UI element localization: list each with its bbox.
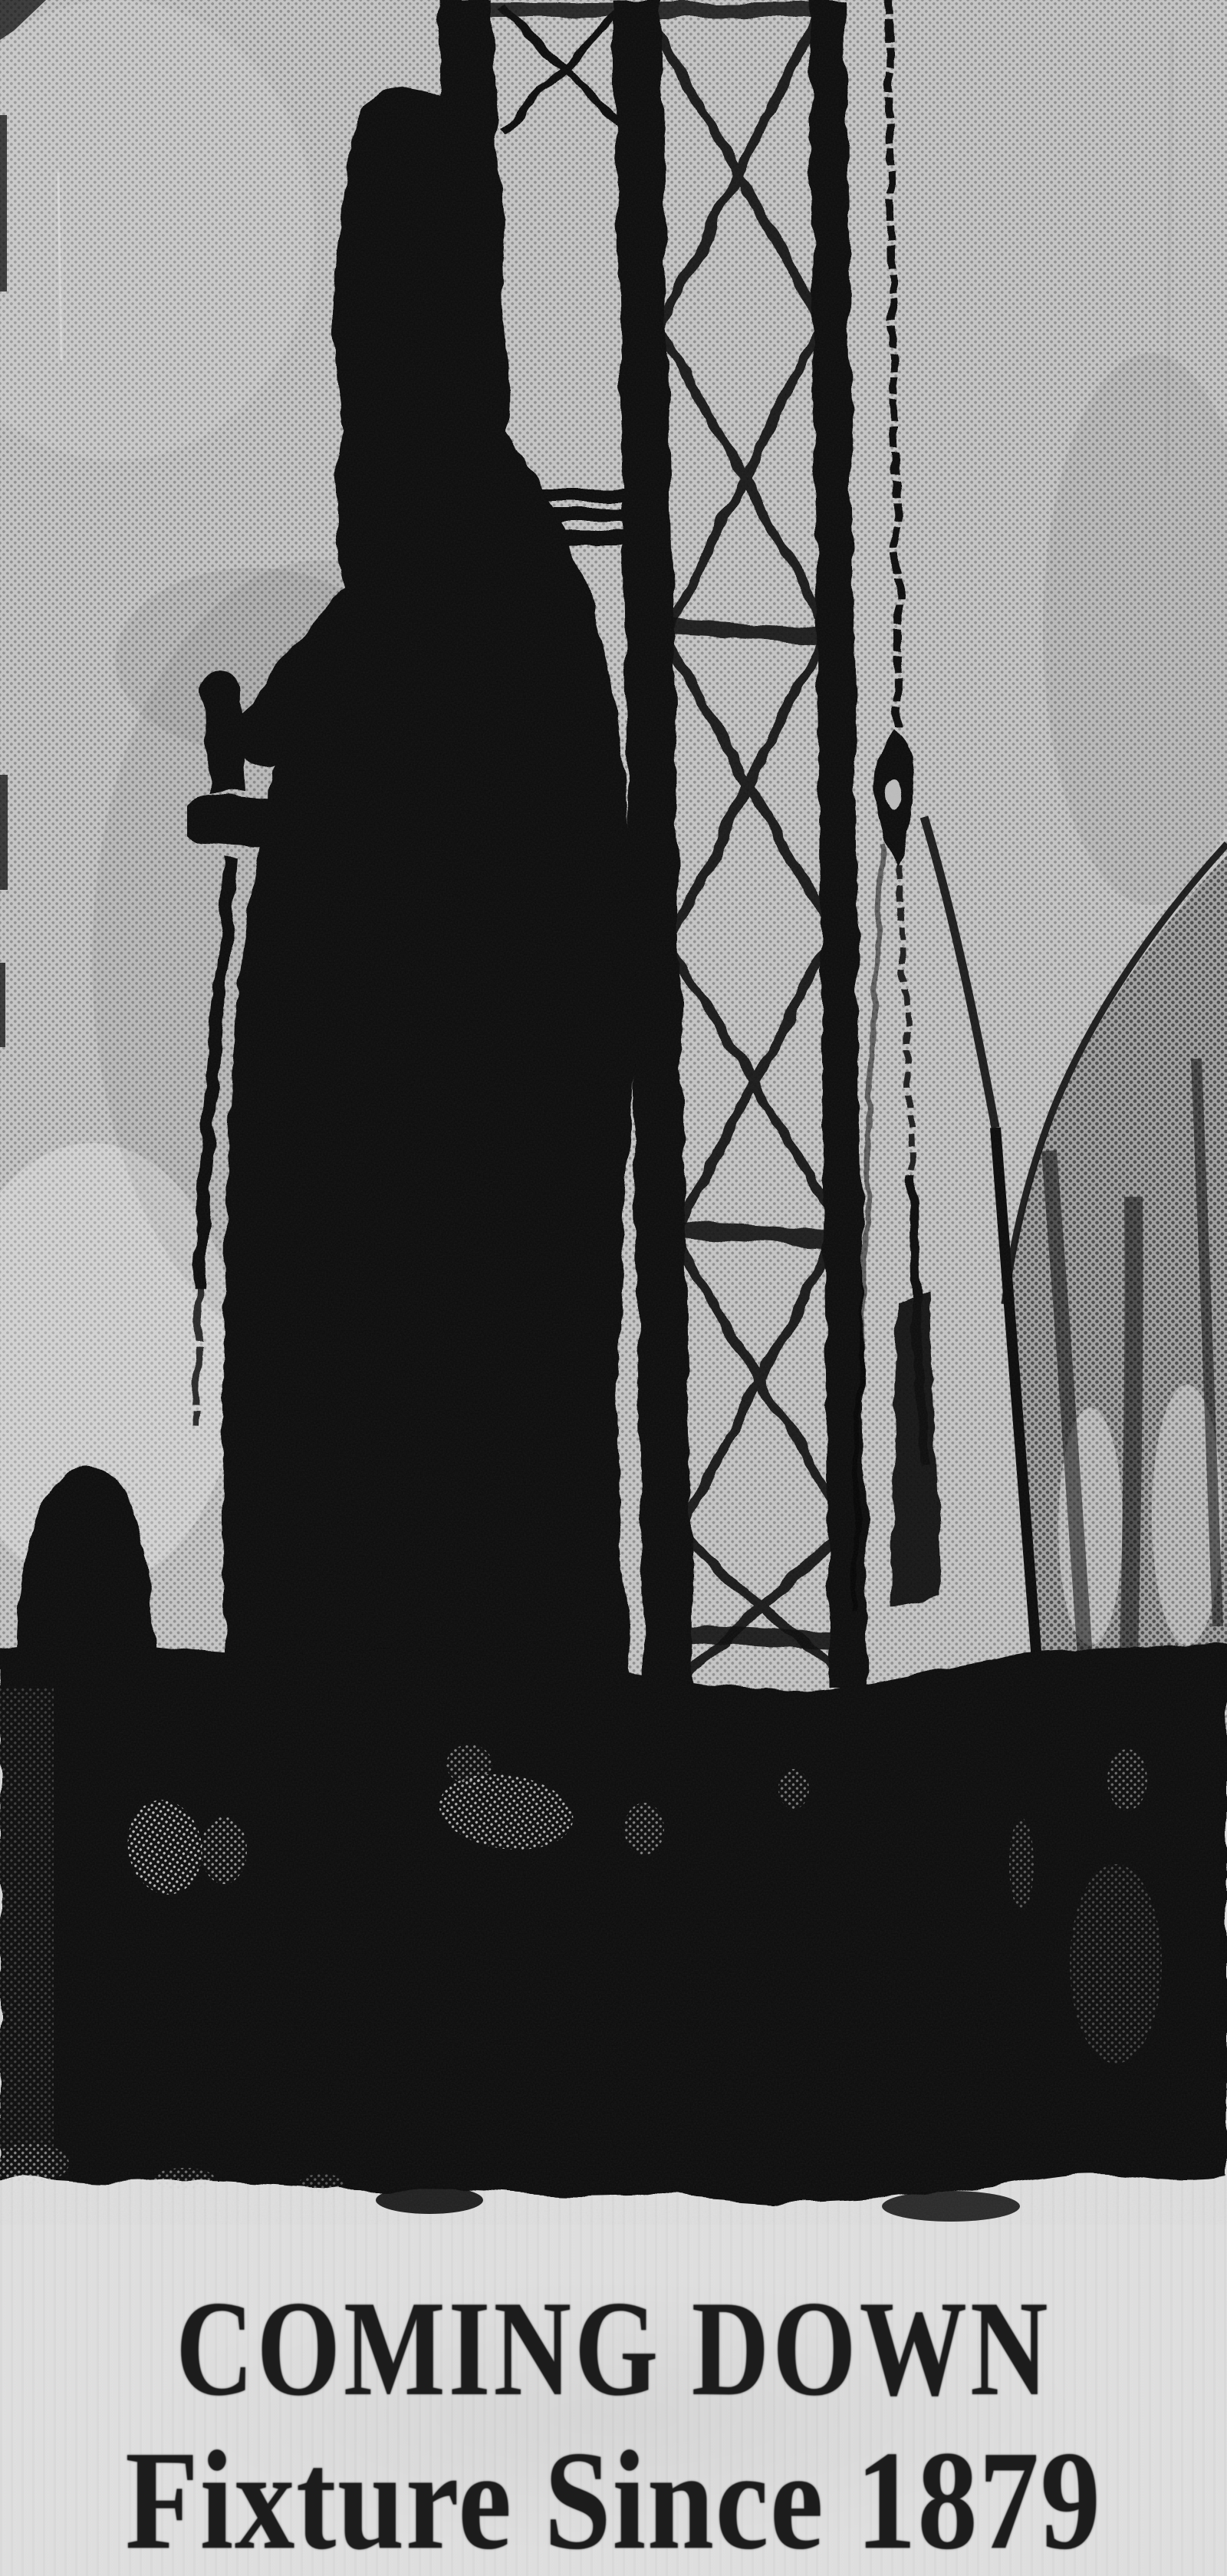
- caption-headline: COMING DOWN: [92, 2280, 1135, 2416]
- photo-illustration: [0, 0, 1227, 2225]
- photo-grain-overlay: [0, 0, 1227, 2225]
- halftone-photo: [0, 0, 1227, 2225]
- caption-subhead: Fixture Since 1879: [67, 2430, 1160, 2572]
- newspaper-clipping: COMING DOWN Fixture Since 1879: [0, 0, 1227, 2576]
